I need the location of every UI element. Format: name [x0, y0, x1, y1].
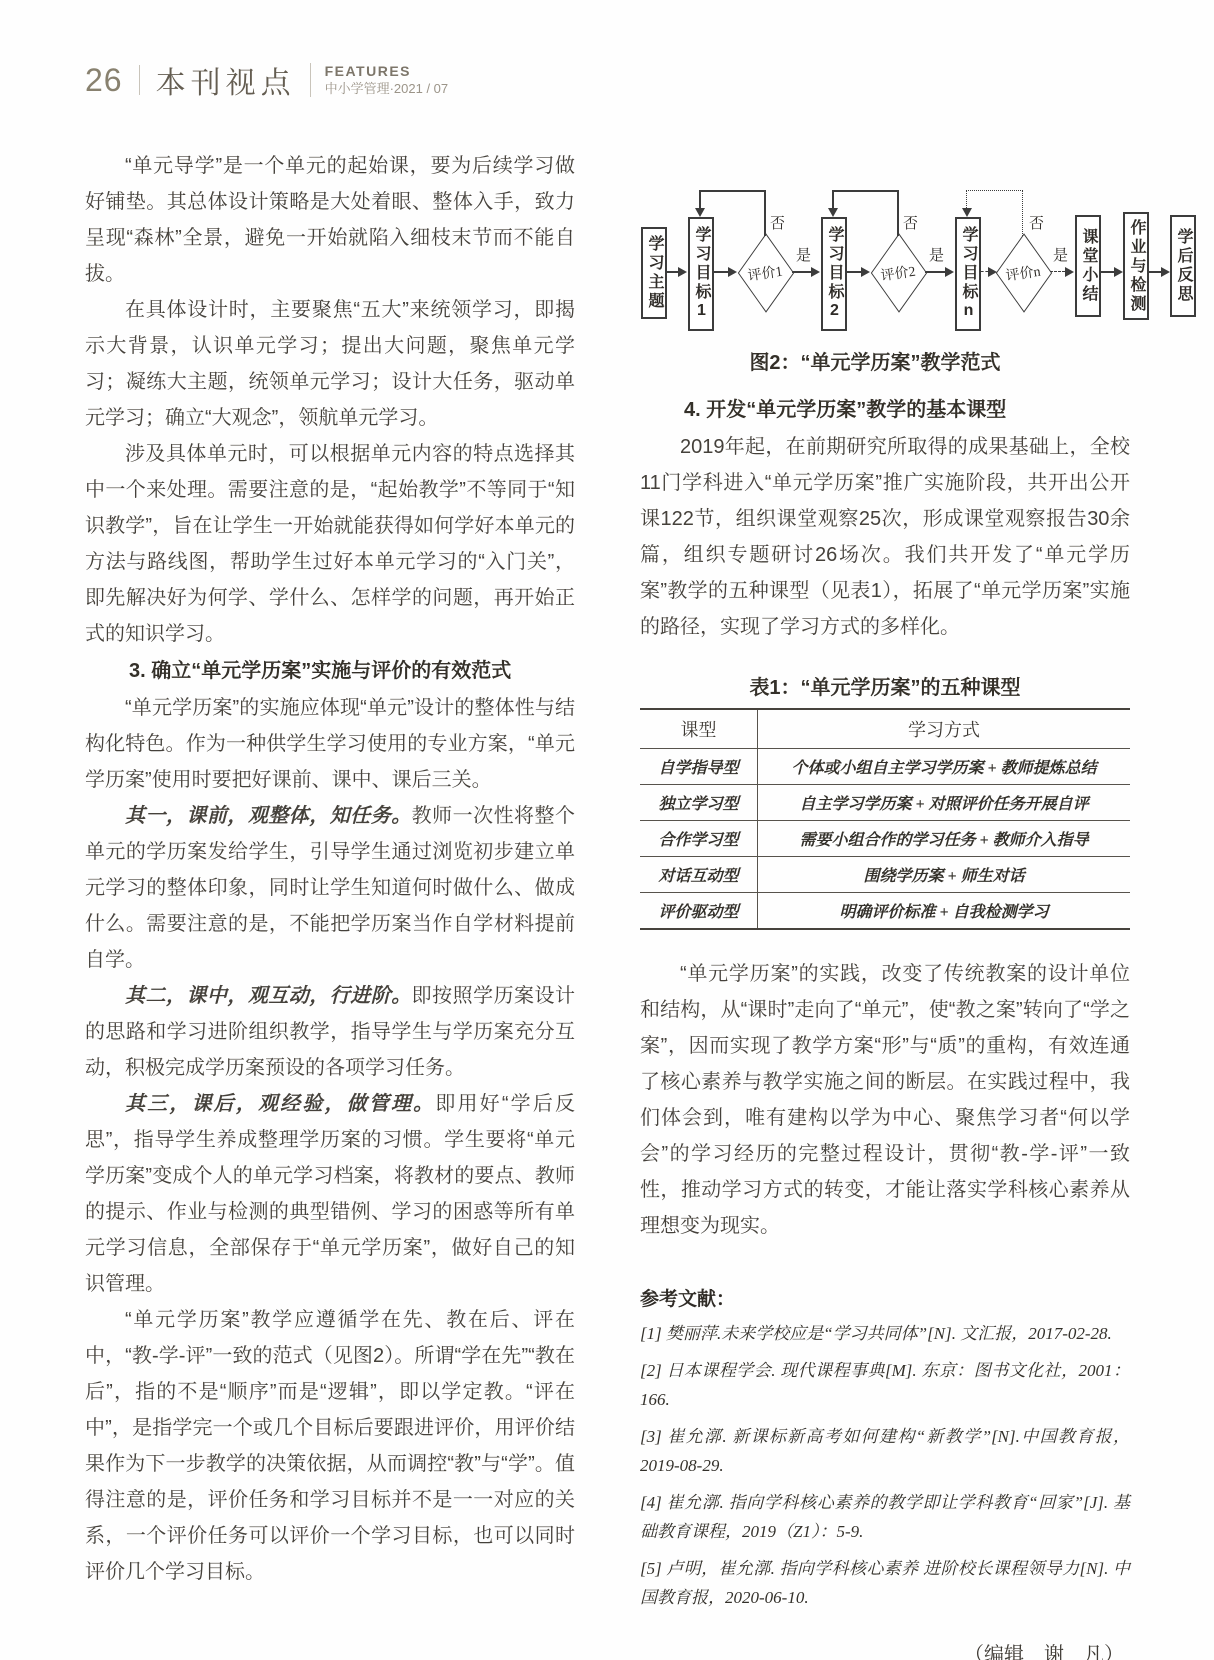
journal-info: FEATURES 中小学管理·2021 / 07: [325, 63, 449, 97]
table1-caption: 表1：“单元学历案”的五种课型: [640, 671, 1130, 700]
paragraph: “单元导学”是一个单元的起始课，要为后续学习做好铺垫。其总体设计策略是大处着眼、…: [85, 148, 575, 292]
section-title: 本刊视点: [156, 58, 296, 102]
flow-connector: [665, 271, 678, 273]
arrow-right-icon: [1161, 267, 1170, 277]
table-cell: 独立学习型: [640, 785, 758, 821]
figure2-flowchart: 学习主题 学习目标1 学习目标2 学习目标n 课堂小结 作业与检测 学后反思 评…: [640, 160, 1200, 332]
reference-item: [4] 崔允漷. 指向学科核心素养的教学即让学科教育“回家”[J]. 基础教育课…: [640, 1488, 1130, 1546]
paragraph-lead: 其一，课前，观整体，知任务。: [125, 805, 412, 827]
flow-decision-eval-n: 评价n: [990, 259, 1056, 288]
figure2-caption: 图2：“单元学历案”教学范式: [640, 346, 1110, 375]
arrow-right-icon: [728, 267, 737, 277]
left-column: “单元导学”是一个单元的起始课，要为后续学习做好铺垫。其总体设计策略是大处着眼、…: [85, 148, 575, 1660]
paragraph: “单元学历案”的实施应体现“单元”设计的整体性与结构化特色。作为一种供学生学习使…: [85, 690, 575, 798]
flow-loop-line: [832, 190, 898, 192]
paragraph-lead: 其三，课后，观经验，做管理。: [125, 1093, 435, 1115]
paragraph: 涉及具体单元时，可以根据单元内容的特点选择其中一个来处理。需要注意的是，“起始教…: [85, 436, 575, 652]
header-divider: [139, 65, 140, 95]
arrow-right-icon: [1065, 267, 1074, 277]
flow-node-goal-1: 学习目标1: [688, 217, 714, 331]
journal-name: 中小学管理·2021 / 07: [325, 81, 449, 97]
flow-connector-dashed: [981, 271, 988, 272]
flow-loop-line: [764, 190, 766, 236]
flow-node-learning-theme: 学习主题: [641, 227, 667, 319]
flow-connector: [925, 271, 945, 273]
arrow-right-icon: [945, 267, 954, 277]
page-header: 26 本刊视点 FEATURES 中小学管理·2021 / 07: [85, 58, 448, 102]
paragraph: 其一，课前，观整体，知任务。教师一次性将整个单元的学历案发给学生，引导学生通过浏…: [85, 798, 575, 978]
flow-connector: [1149, 271, 1161, 273]
paragraph: 在具体设计时，主要聚焦“五大”来统领学习，即揭示大背景，认识单元学习；提出大问题…: [85, 292, 575, 436]
flow-loop-line-dotted: [966, 190, 1023, 191]
flow-connector-dashed: [1050, 271, 1065, 272]
no-label: 否: [1029, 212, 1044, 233]
arrow-right-icon: [861, 267, 870, 277]
section-title-en: FEATURES: [325, 63, 449, 81]
reference-item: [3] 崔允漷. 新课标新高考如何建构“新教学”[N].中国教育报，2019-0…: [640, 1422, 1130, 1480]
table-cell: 自主学习学历案 + 对照评价任务开展自评: [758, 785, 1130, 821]
flow-connector: [714, 271, 728, 273]
paragraph: 2019年起，在前期研究所取得的成果基础上，全校11门学科进入“单元学历案”推广…: [640, 429, 1130, 645]
arrow-down-icon: [962, 208, 972, 217]
column-header: 学习方式: [758, 709, 1130, 749]
table-cell: 个体或小组自主学习学历案 + 教师提炼总结: [758, 749, 1130, 785]
yes-label: 是: [929, 244, 944, 265]
yes-label: 是: [1053, 244, 1068, 265]
paragraph: “单元学历案”教学应遵循学在先、教在后、评在中，“教-学-评”一致的范式（见图2…: [85, 1302, 575, 1590]
table-cell: 明确评价标准 + 自我检测学习: [758, 893, 1130, 930]
right-column: 学习主题 学习目标1 学习目标2 学习目标n 课堂小结 作业与检测 学后反思 评…: [640, 148, 1130, 1660]
flow-loop-line: [699, 190, 765, 192]
page-number: 26: [85, 62, 123, 99]
arrow-right-icon: [988, 267, 997, 277]
arrow-right-icon: [811, 267, 820, 277]
table-row: 合作学习型 需要小组合作的学习任务 + 教师介入指导: [640, 821, 1130, 857]
no-label: 否: [903, 212, 918, 233]
no-label: 否: [770, 212, 785, 233]
editor-note: （编辑 谢 凡）: [640, 1638, 1130, 1660]
article-body: “单元导学”是一个单元的起始课，要为后续学习做好铺垫。其总体设计策略是大处着眼、…: [85, 148, 1130, 1660]
paragraph-lead: 其二，课中，观互动，行进阶。: [125, 985, 412, 1007]
table-cell: 围绕学历案 + 师生对话: [758, 857, 1130, 893]
column-header: 课型: [640, 709, 758, 749]
flow-node-homework-check: 作业与检测: [1123, 212, 1149, 320]
flow-loop-line-dotted: [1022, 190, 1023, 236]
paragraph: 其二，课中，观互动，行进阶。即按照学历案设计的思路和学习进阶组织教学，指导学生与…: [85, 978, 575, 1086]
table-row: 对话互动型 围绕学历案 + 师生对话: [640, 857, 1130, 893]
flow-loop-line-dotted: [966, 190, 967, 210]
flow-node-goal-n: 学习目标n: [955, 217, 981, 331]
table-cell: 评价驱动型: [640, 893, 758, 930]
flow-connector: [1101, 271, 1114, 273]
flow-node-after-reflection: 学后反思: [1170, 215, 1196, 317]
flow-connector: [847, 271, 861, 273]
reference-item: [5] 卢明，崔允漷. 指向学科核心素养 进阶校长课程领导力[N]. 中国教育报…: [640, 1554, 1130, 1612]
table-cell: 对话互动型: [640, 857, 758, 893]
paragraph: “单元学历案”的实践，改变了传统教案的设计单位和结构，从“课时”走向了“单元”，…: [640, 956, 1130, 1244]
flow-loop-line: [699, 190, 701, 210]
yes-label: 是: [796, 244, 811, 265]
arrow-right-icon: [678, 267, 687, 277]
table-cell: 合作学习型: [640, 821, 758, 857]
flow-decision-eval-2: 评价2: [865, 259, 931, 288]
table-row: 自学指导型 个体或小组自主学习学历案 + 教师提炼总结: [640, 749, 1130, 785]
arrow-down-icon: [695, 208, 705, 217]
references-title: 参考文献：: [640, 1284, 1130, 1311]
paragraph-text: 教师一次性将整个单元的学历案发给学生，引导学生通过浏览初步建立单元学习的整体印象…: [85, 805, 575, 971]
table-cell: 自学指导型: [640, 749, 758, 785]
flow-node-goal-2: 学习目标2: [821, 217, 847, 331]
table-row: 评价驱动型 明确评价标准 + 自我检测学习: [640, 893, 1130, 930]
reference-item: [1] 樊丽萍.未来学校应是“学习共同体”[N]. 文汇报，2017-02-28…: [640, 1319, 1130, 1348]
reference-item: [2] 日本课程学会. 现代课程事典[M]. 东京：图书文化社，2001：166…: [640, 1356, 1130, 1414]
section-heading-3: 3. 确立“单元学历案”实施与评价的有效范式: [85, 652, 575, 690]
table-header-row: 课型 学习方式: [640, 709, 1130, 749]
magazine-page: 26 本刊视点 FEATURES 中小学管理·2021 / 07 “单元导学”是…: [0, 0, 1214, 1660]
flow-connector: [792, 271, 811, 273]
flow-decision-eval-1: 评价1: [732, 259, 798, 288]
section-heading-4: 4. 开发“单元学历案”教学的基本课型: [640, 391, 1130, 429]
header-divider: [310, 63, 311, 97]
paragraph: 其三，课后，观经验，做管理。即用好“学后反思”，指导学生养成整理学历案的习惯。学…: [85, 1086, 575, 1302]
flow-loop-line: [897, 190, 899, 236]
table-cell: 需要小组合作的学习任务 + 教师介入指导: [758, 821, 1130, 857]
paragraph-text: 即用好“学后反思”，指导学生养成整理学历案的习惯。学生要将“单元学历案”变成个人…: [85, 1093, 575, 1295]
flow-node-class-summary: 课堂小结: [1075, 215, 1101, 317]
arrow-down-icon: [828, 208, 838, 217]
table-row: 独立学习型 自主学习学历案 + 对照评价任务开展自评: [640, 785, 1130, 821]
flow-loop-line: [832, 190, 834, 210]
table1: 课型 学习方式 自学指导型 个体或小组自主学习学历案 + 教师提炼总结 独立学习…: [640, 708, 1130, 930]
arrow-right-icon: [1114, 267, 1123, 277]
